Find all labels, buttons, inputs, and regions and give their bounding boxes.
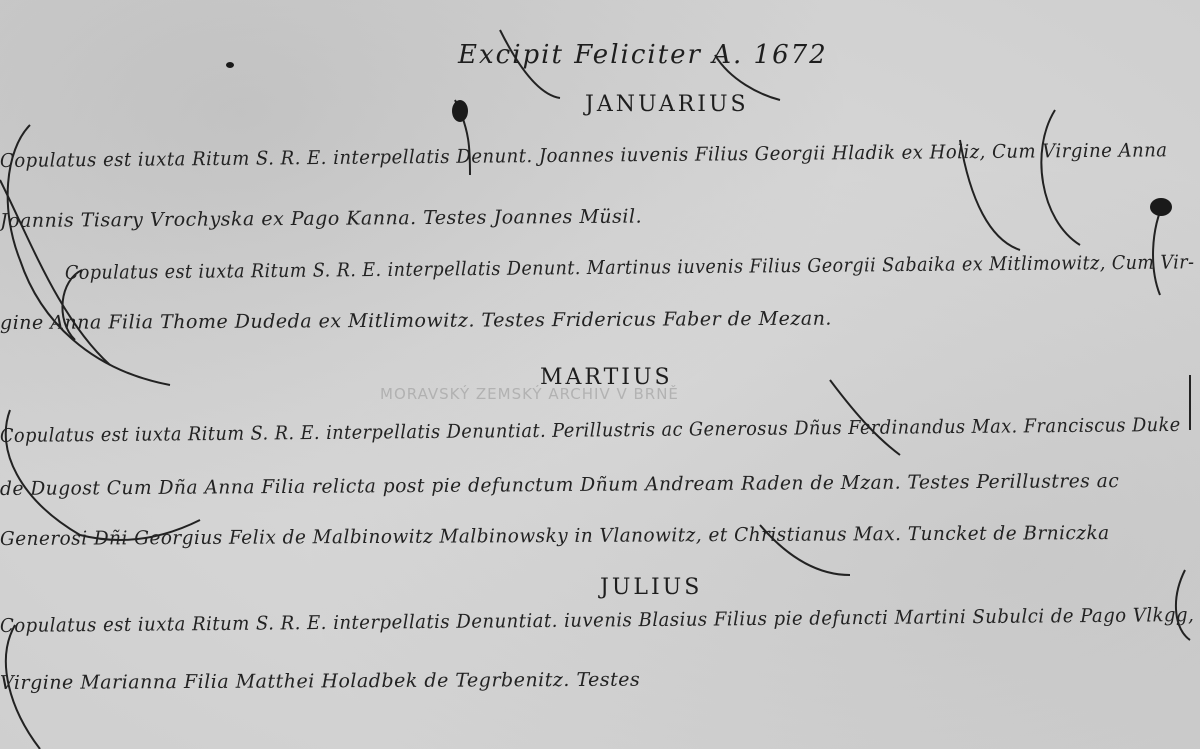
month-heading-martius: MARTIUS: [540, 365, 673, 390]
register-heading: Excipit Feliciter A. 1672: [458, 40, 828, 70]
entry-line: Virgine Marianna Filia Matthei Holadbek …: [0, 669, 640, 694]
entry-line: gine Anna Filia Thome Dudeda ex Mitlimow…: [0, 308, 832, 334]
ink-blot: [452, 100, 468, 122]
month-heading-julius: JULIUS: [600, 575, 702, 600]
ink-speck: [226, 62, 234, 68]
month-heading-januarius: JANUARIUS: [585, 92, 749, 117]
entry-line: Joannis Tisary Vrochyska ex Pago Kanna. …: [0, 206, 642, 232]
manuscript-page: Excipit Feliciter A. 1672 JANUARIUS Copu…: [0, 0, 1200, 749]
ink-blot: [1150, 198, 1172, 216]
